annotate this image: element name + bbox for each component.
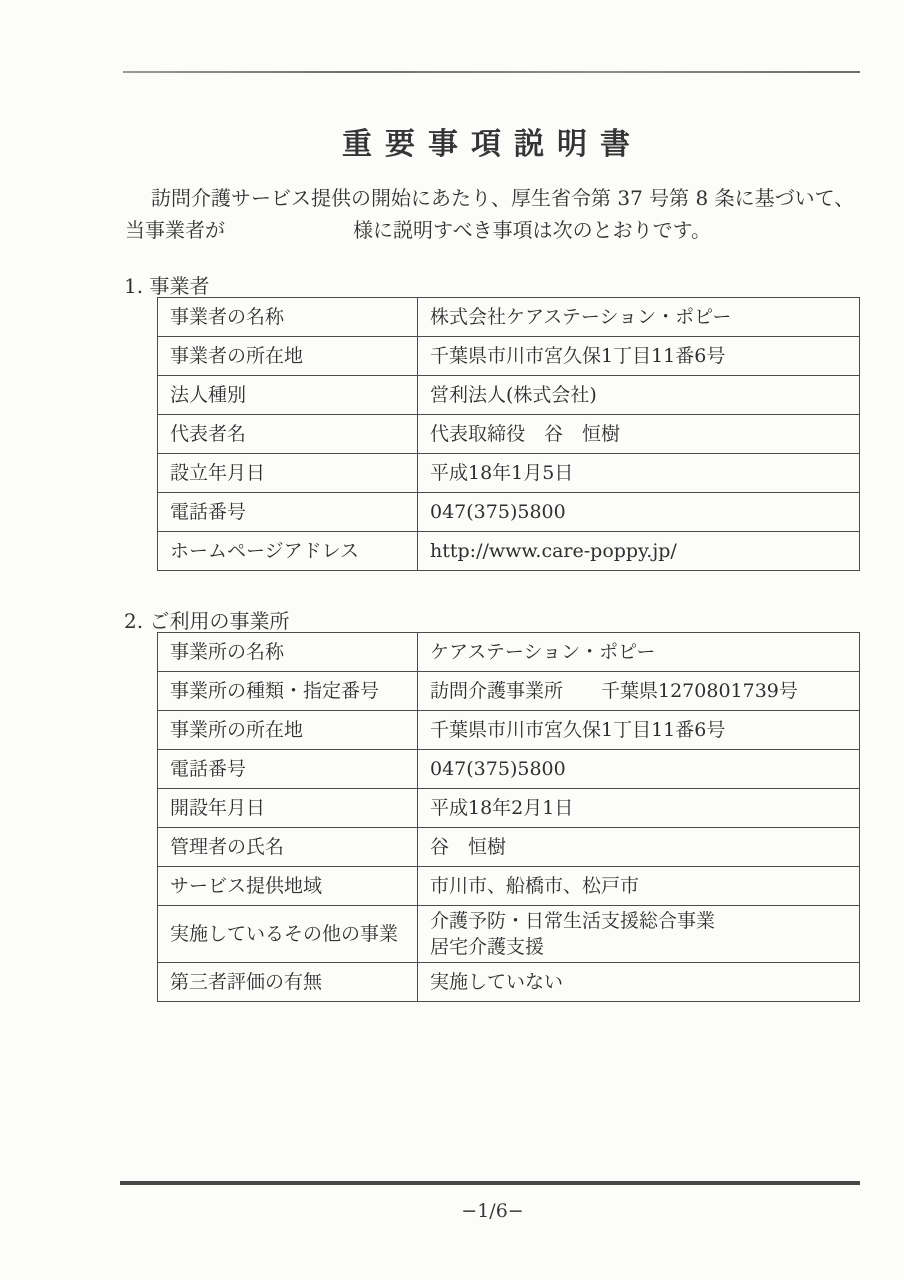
row-label: 電話番号	[158, 493, 418, 532]
table-row: 事業所の種類・指定番号 訪問介護事業所 千葉県1270801739号	[158, 672, 860, 711]
bottom-rule-divider	[120, 1181, 860, 1185]
row-label: 事業所の所在地	[158, 711, 418, 750]
row-value: 千葉県市川市宮久保1丁目11番6号	[418, 711, 860, 750]
intro-line2-prefix: 当事業者が	[125, 218, 225, 242]
row-value: 代表取締役 谷 恒樹	[418, 415, 860, 454]
row-value: 047(375)5800	[418, 493, 860, 532]
table-row: 設立年月日 平成18年1月5日	[158, 454, 860, 493]
row-label: 法人種別	[158, 376, 418, 415]
row-label: 事業者の所在地	[158, 337, 418, 376]
row-value: http://www.care-poppy.jp/	[418, 532, 860, 571]
row-value: 介護予防・日常生活支援総合事業 居宅介護支援	[418, 906, 860, 963]
table-row: 事業者の所在地 千葉県市川市宮久保1丁目11番6号	[158, 337, 860, 376]
section-2-heading: 2. ご利用の事業所	[124, 605, 289, 634]
row-label: 事業所の名称	[158, 633, 418, 672]
row-value: 047(375)5800	[418, 750, 860, 789]
table-row: 管理者の氏名 谷 恒樹	[158, 828, 860, 867]
table-row: 実施しているその他の事業 介護予防・日常生活支援総合事業 居宅介護支援	[158, 906, 860, 963]
row-label: 開設年月日	[158, 789, 418, 828]
row-value: ケアステーション・ポピー	[418, 633, 860, 672]
row-label: 第三者評価の有無	[158, 963, 418, 1002]
office-table: 事業所の名称 ケアステーション・ポピー 事業所の種類・指定番号 訪問介護事業所 …	[157, 632, 860, 1002]
row-label: 事業所の種類・指定番号	[158, 672, 418, 711]
row-value: 実施していない	[418, 963, 860, 1002]
table-row: 法人種別 営利法人(株式会社)	[158, 376, 860, 415]
intro-line-2: 当事業者が様に説明すべき事項は次のとおりです。	[125, 214, 867, 246]
table-row: ホームページアドレス http://www.care-poppy.jp/	[158, 532, 860, 571]
row-value: 訪問介護事業所 千葉県1270801739号	[418, 672, 860, 711]
client-name-blank	[225, 236, 353, 237]
table-row: 事業者の名称 株式会社ケアステーション・ポピー	[158, 298, 860, 337]
table-row: 電話番号 047(375)5800	[158, 750, 860, 789]
row-label: 管理者の氏名	[158, 828, 418, 867]
row-label: サービス提供地域	[158, 867, 418, 906]
section-1-heading: 1. 事業者	[124, 270, 209, 299]
document-page: 重要事項説明書 訪問介護サービス提供の開始にあたり、厚生省令第 37 号第 8 …	[0, 0, 904, 1280]
row-label: 電話番号	[158, 750, 418, 789]
row-label: 代表者名	[158, 415, 418, 454]
top-rule-divider	[123, 71, 860, 73]
table-row: 代表者名 代表取締役 谷 恒樹	[158, 415, 860, 454]
row-value: 市川市、船橋市、松戸市	[418, 867, 860, 906]
page-number: −1/6−	[125, 1200, 860, 1222]
table-row: サービス提供地域 市川市、船橋市、松戸市	[158, 867, 860, 906]
row-label: 事業者の名称	[158, 298, 418, 337]
row-value: 谷 恒樹	[418, 828, 860, 867]
row-value: 営利法人(株式会社)	[418, 376, 860, 415]
row-label: ホームページアドレス	[158, 532, 418, 571]
table-row: 事業所の所在地 千葉県市川市宮久保1丁目11番6号	[158, 711, 860, 750]
table-row: 第三者評価の有無 実施していない	[158, 963, 860, 1002]
intro-line-1: 訪問介護サービス提供の開始にあたり、厚生省令第 37 号第 8 条に基づいて、	[125, 182, 867, 214]
provider-table: 事業者の名称 株式会社ケアステーション・ポピー 事業者の所在地 千葉県市川市宮久…	[157, 297, 860, 571]
table-row: 事業所の名称 ケアステーション・ポピー	[158, 633, 860, 672]
intro-line2-suffix: 様に説明すべき事項は次のとおりです。	[353, 218, 711, 242]
row-value: 平成18年2月1日	[418, 789, 860, 828]
row-label: 実施しているその他の事業	[158, 906, 418, 963]
page-title: 重要事項説明書	[125, 119, 860, 163]
row-label: 設立年月日	[158, 454, 418, 493]
table-row: 電話番号 047(375)5800	[158, 493, 860, 532]
row-value: 株式会社ケアステーション・ポピー	[418, 298, 860, 337]
intro-paragraph: 訪問介護サービス提供の開始にあたり、厚生省令第 37 号第 8 条に基づいて、 …	[125, 182, 867, 246]
row-value: 千葉県市川市宮久保1丁目11番6号	[418, 337, 860, 376]
row-value: 平成18年1月5日	[418, 454, 860, 493]
table-row: 開設年月日 平成18年2月1日	[158, 789, 860, 828]
